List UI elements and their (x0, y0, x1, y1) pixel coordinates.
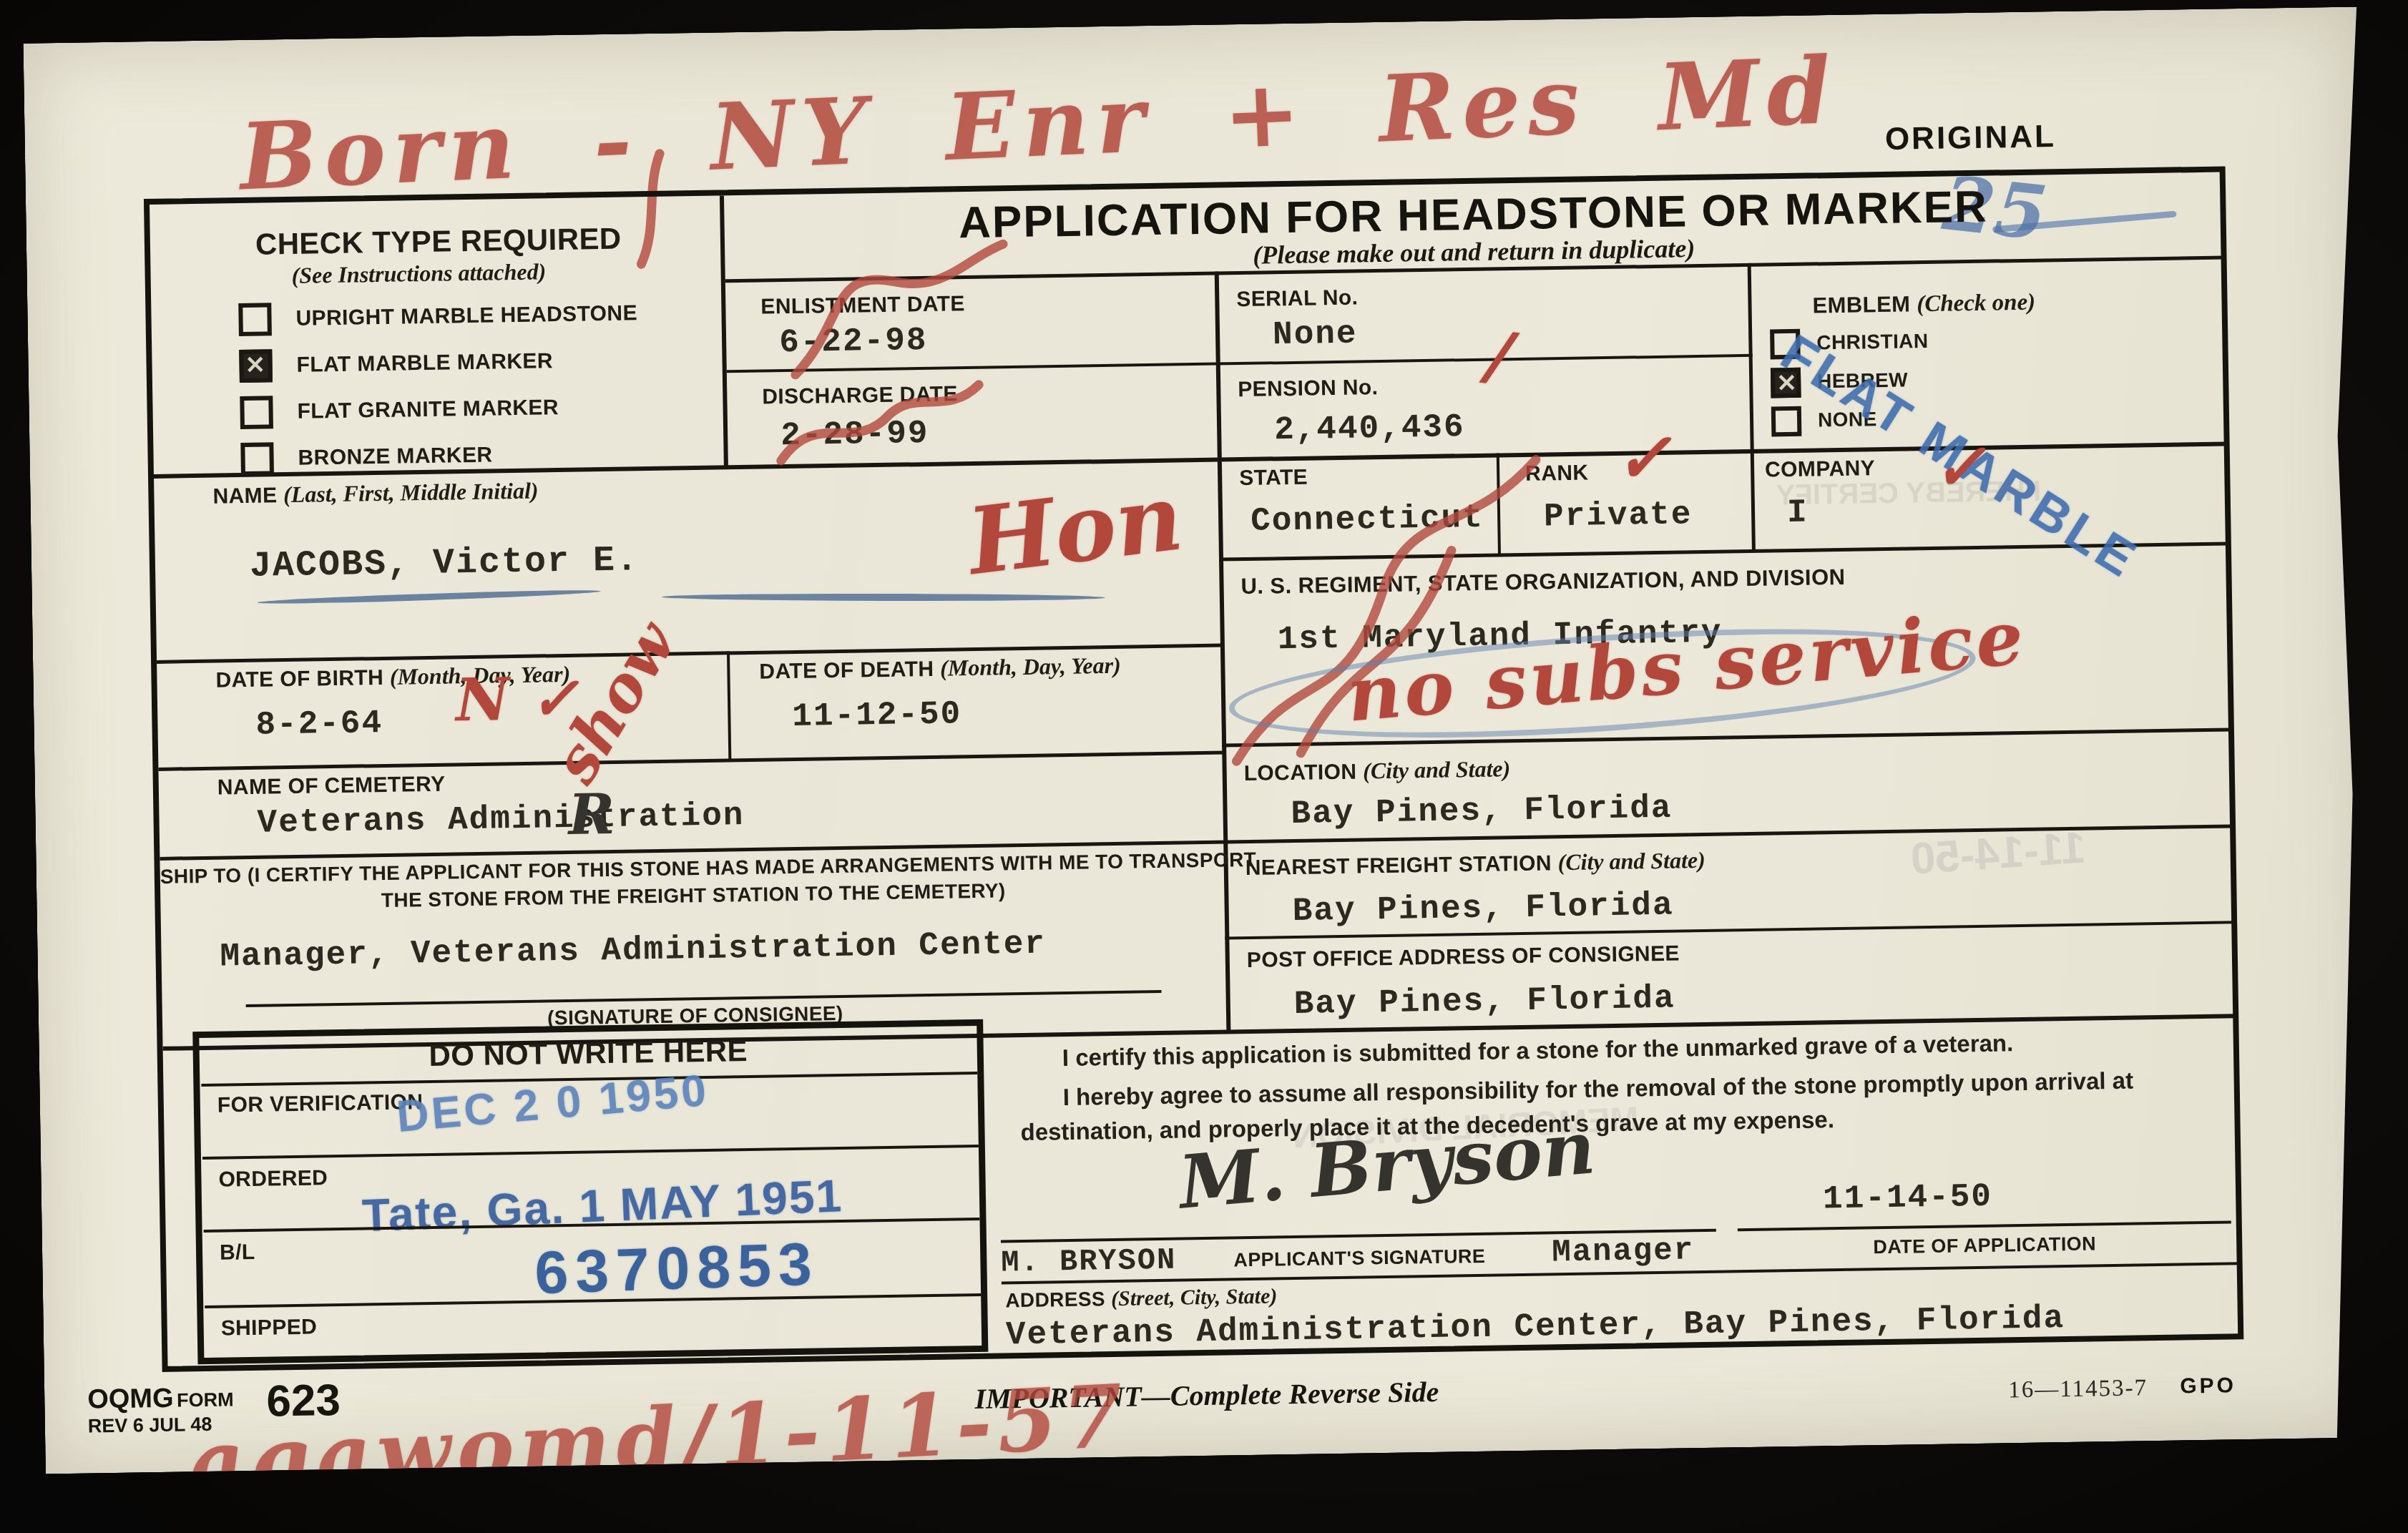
shipped-label: SHIPPED (220, 1316, 317, 1342)
checktype-option-label: FLAT MARBLE MARKER (296, 349, 553, 378)
checkbox-flat-granite-marker (240, 396, 273, 429)
checktype-option-label: BRONZE MARKER (298, 444, 492, 471)
address-label: ADDRESS (Street, City, State) (1005, 1284, 1278, 1313)
emblem-title: EMBLEM (Check one) (1812, 290, 2035, 320)
bleedthrough-certify: I HEREBY CERTIFY (1776, 476, 2041, 512)
signer-title-value: Manager (1552, 1235, 1695, 1268)
applicants-signature-label: APPLICANT'S SIGNATURE (1233, 1245, 1485, 1272)
for-verification-label: FOR VERIFICATION (217, 1090, 424, 1118)
location-value: Bay Pines, Florida (1291, 792, 1673, 831)
checktype-option-label: FLAT GRANITE MARKER (297, 396, 559, 424)
checkbox-upright-marble-headstone (238, 303, 272, 336)
cemetery-value: Veterans Administration (257, 799, 745, 840)
name-label: NAME (Last, First, Middle Initial) (212, 478, 539, 510)
checktype-subtitle: (See Instructions attached) (291, 258, 546, 289)
date-of-death-value: 11-12-50 (792, 697, 962, 733)
checktype-title: CHECK TYPE REQUIRED (255, 222, 622, 262)
form-agency: OQMG (87, 1383, 174, 1415)
post-office-value: Bay Pines, Florida (1293, 982, 1675, 1021)
checkbox-bronze-marker (240, 442, 274, 476)
bl-label: B/L (220, 1240, 255, 1265)
print-code: 16—11453-7 (2008, 1375, 2148, 1404)
date-of-birth-value: 8-2-64 (255, 707, 383, 742)
red-check-rank: ✓ (1614, 418, 1672, 499)
pension-no-value: 2,440,436 (1274, 411, 1465, 446)
checkbox-flat-marble-marker (239, 349, 273, 383)
name-value: JACOBS, Victor E. (250, 543, 640, 585)
date-of-application-value: 11-14-50 (1823, 1180, 1993, 1216)
serial-no-label: SERIAL No. (1236, 285, 1359, 312)
pension-no-label: PENSION No. (1238, 376, 1379, 403)
form-word: FORM (177, 1388, 234, 1411)
rank-value: Private (1544, 498, 1693, 533)
original-label: ORIGINAL (1885, 119, 2057, 157)
red-scribble-discharge (773, 372, 989, 483)
signature-typed-name: M. BRYSON (1001, 1245, 1176, 1278)
gpo-label: GPO (2180, 1373, 2236, 1399)
ordered-label: ORDERED (218, 1166, 328, 1192)
red-scribble-enlistment (785, 235, 1016, 382)
cemetery-r-annotation: R (568, 782, 615, 848)
scanned-form-paper: Born - NY Enr + Res Md ORIGINAL 25 CHECK… (23, 7, 2379, 1474)
scanned-document-photo: { "colors":{"paper":"#ebe8da","ink":"#1a… (0, 0, 2408, 1533)
serial-no-value: None (1273, 318, 1358, 352)
checkbox-none (1771, 406, 1802, 437)
freight-station-value: Bay Pines, Florida (1292, 889, 1674, 928)
date-of-death-label: DATE OF DEATH (Month, Day, Year) (759, 652, 1121, 685)
location-label: LOCATION (City and State) (1243, 755, 1510, 786)
cemetery-label: NAME OF CEMETERY (217, 773, 446, 801)
